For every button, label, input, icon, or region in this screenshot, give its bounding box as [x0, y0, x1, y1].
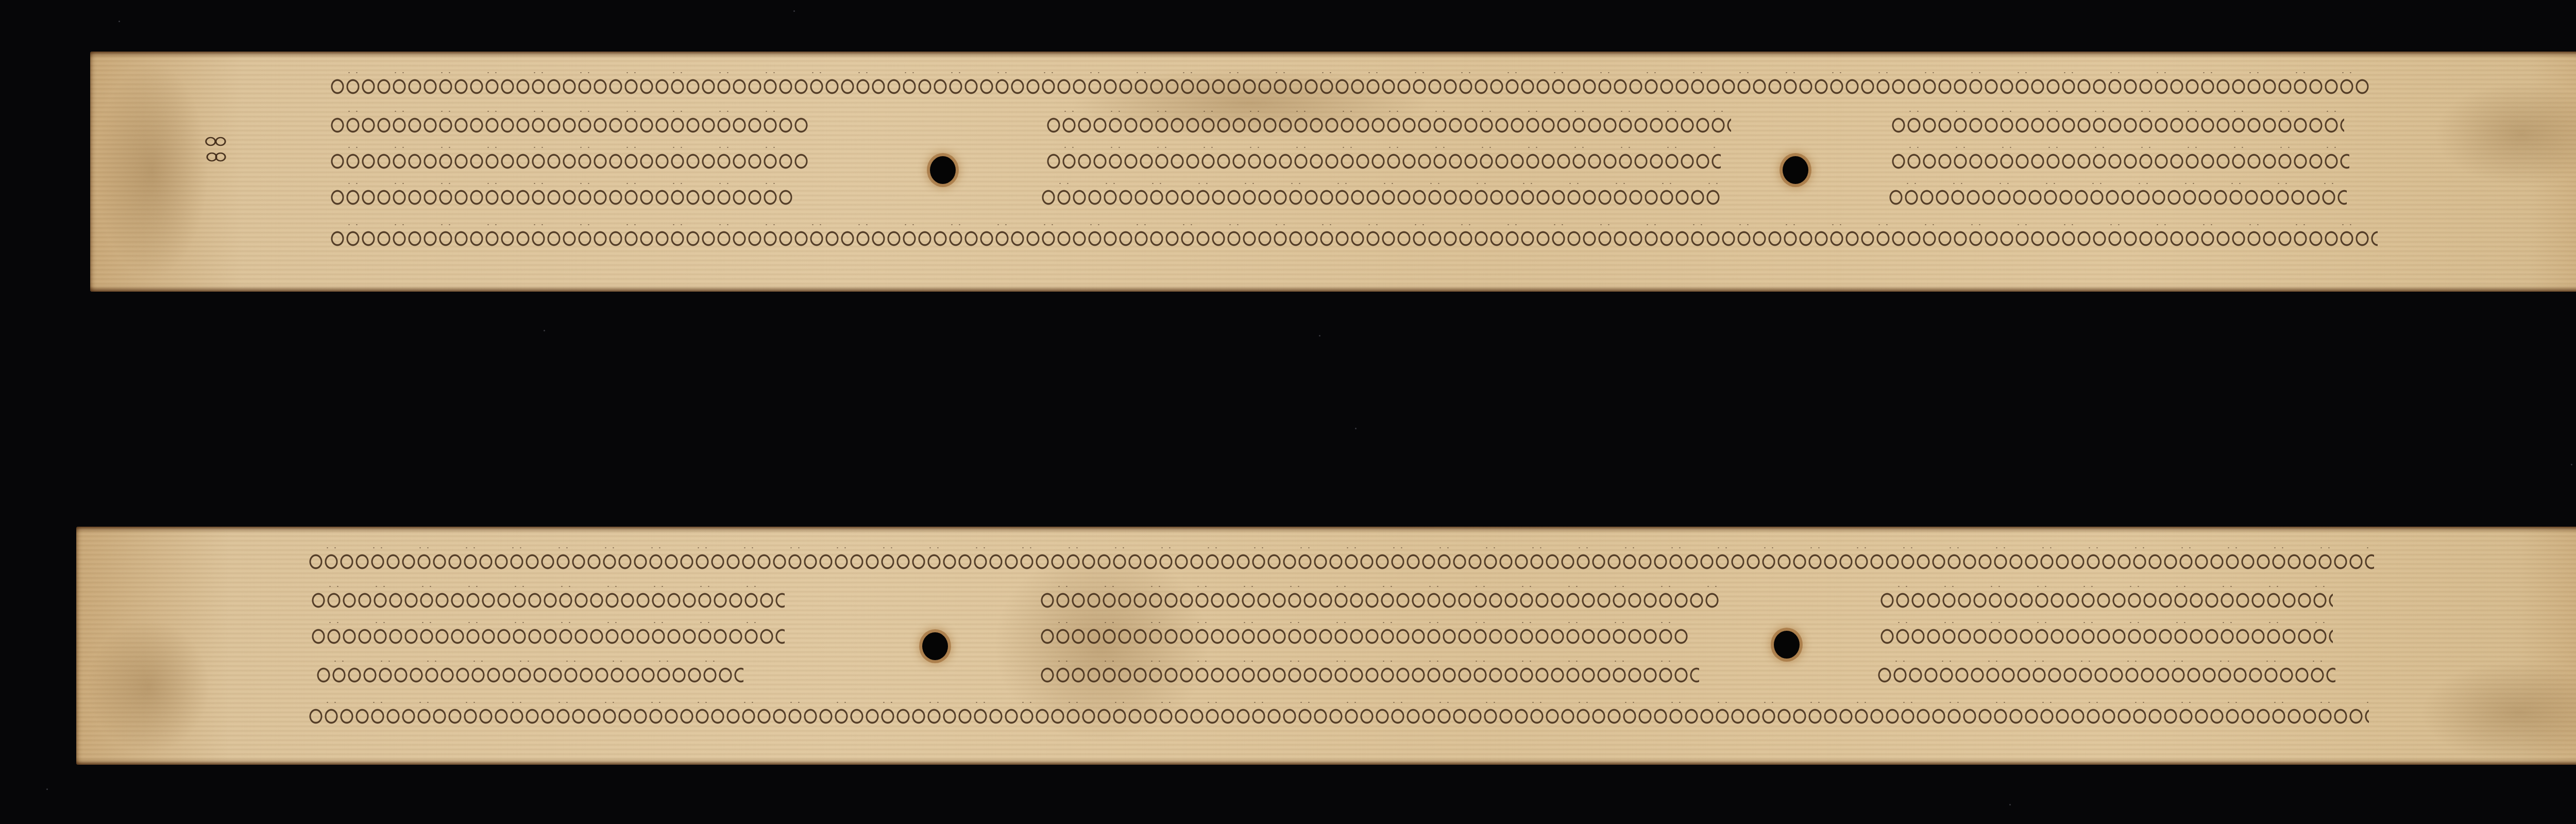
text-line-1: ဆရတ္ထော ဝဆရေ နန္ဒြိုဟ်ိသော်တ္တေလ္ပိကာဝ •… — [330, 72, 2370, 101]
text-line-4-middle: ဒသဝုဓိဘာက ဘဝပဓိကရဓိ • ဒိပ္ပိတ်ဖ္ဖြိဃြံ သ… — [1041, 183, 1721, 212]
text-line-4-middle: နဒ္ဓ ဂြိုဓ္ဓ ဒိဘယ ဆတ္တာသတ္တ ဝဓိပ္ပြိ ဒ္ဒ… — [1040, 661, 1699, 690]
text-line-4-left: ဃဃဆဝေဝ • ဟိဝေ္ဂ် နဒ္ဒဝိဝဟဝဂ် နဒ္ဒဝဓိယဝ — [316, 661, 743, 690]
background-speck — [2571, 464, 2572, 465]
background-speck — [793, 10, 795, 12]
text-line-2-right: ကြိုဒ္ဓိပြိဝတ္တာပ္ပိဝတ္တိ • နဒ္ဓိဂဓိဗြိဓ… — [1879, 586, 2333, 615]
text-line-3-left: ဆုဂိတ္တြိ ဝသ္ဓိဗြိဝတာုလ္ပြိဝတ္တိ • ကြိသ္… — [311, 622, 785, 651]
text-line-5: ဝရ ဝတ်ဂ္ဂလျ္ဗြိလ်ဥ္ပြိဝ သဒ္ဂိရတ္တ လျှုနာ… — [330, 224, 2378, 253]
leaf-stain — [87, 619, 210, 753]
text-line-2-left: ဂိတ္ထဂ ဘပြိုဝ်ဝ ဝဒ္ဓဂုဂ် ပုတ္တြိလျှုဓ္ဓ … — [311, 586, 785, 615]
background-speck — [1355, 428, 1357, 429]
background-speck — [1319, 335, 1320, 337]
leaf-stain — [2420, 661, 2576, 764]
text-line-3-right: ဗြိဃ ဝ္ပိဝ တာဝေ်ဓော်ဃ ယျ ဝဓိဗွပ္ပိ ဓ္ပ်တ… — [1879, 622, 2333, 651]
binding-hole-right — [1774, 631, 1800, 659]
text-line-3-middle: ဟိတ္တလ္ပု ဂြိ္ဂ ဝဝေ်ပ ပဓိကပ္ပဓိ နဒ္ဒူဂ ပ… — [1040, 622, 1689, 651]
background-speck — [544, 330, 545, 331]
text-line-2-right: ဗြိဿ ဒေဟ • ဒူဝကိဝ္ပြ ဗြိဝ်ဟာဝရဒ္ဓ ဒွိဂ — [1891, 111, 2344, 140]
palm-leaf-top: ကွံ ဆရတ္ထော ဝဆရေ နန္ဒြိုဟ်ိသော်တ္တေလ္ပိက… — [90, 52, 2576, 292]
text-line-5: နဒ္ဒဝဓိဝဟဝေဂ် ဒ္ဒူ • ဒူဒ္ဒဝဓိဓ္ဓဗ္ဗြိဃ ဂ… — [308, 702, 2369, 731]
binding-hole-left — [930, 156, 956, 184]
text-line-2-middle: ပဓိကသဒ္ဓဝ္မိဒ္ဓ ပ္ပိဓိပဓိကဒ္ဓဓိ ပဓိပရ် ဝ… — [1046, 111, 1731, 140]
leaf-stain — [2434, 82, 2576, 186]
background-speck — [46, 788, 48, 790]
text-line-3-left: ပဓိနပ် ကြိုဝေဂ်တဃိယစ္စြိ • ပဓိံရ ပ္ပိတ်ဟ… — [330, 147, 809, 176]
text-line-2-left: ဒတိဝ ဗြှတသ္မာဂဒ်ဝတ္တြာဝေဂေ်ဟ္ဂာ ဝရ ဓုတ်က… — [330, 111, 809, 140]
text-line-3-middle: ဝဃဃဝေဂ် ဘဝပဓိကဓိ • ဒိပ္ပိတ်ဟ္ဂာဝေဂ္ဂဘဝ •… — [1046, 147, 1721, 176]
background-speck — [2009, 804, 2011, 805]
background-speck — [118, 21, 120, 22]
text-line-4-right: ဂိ ဝဟာဓိဝ နဒ္ဒူဘ္တာ ပ္ပဝေဂ်ပြိဝ်ဒ္ဓ နဒ္ဓ… — [1877, 661, 2335, 690]
folio-number-marker: ကွံ — [204, 129, 227, 165]
text-line-1: ပဓိံသ္ပြိ ပဓိဂဝဓောဓိ • ဂိ ဒိတ္တူတွဲ့ဝေဃ … — [308, 547, 2374, 576]
text-line-2-middle: ဗုတ္တံ ဟ္ဂာ်ပဟိလိုရ်ပဓိကသဒ္ဓံ • ဓဝတ္တ နဂ… — [1040, 586, 1720, 615]
text-line-4-left: ပဠိပ္ပတ္တိ ယဃသဝုဓာဃဝေဂ် ဝဟာဓိဝ ဃ — [330, 183, 793, 212]
palm-leaf-bottom: ပဓိံသ္ပြိ ပဓိဂဝဓောဓိ • ဂိ ဒိတ္တူတွဲ့ဝေဃ … — [76, 527, 2576, 765]
binding-hole-right — [1783, 156, 1808, 184]
leaf-stain — [95, 62, 209, 278]
text-line-3-right: ဝတ္တိ ဒိဂ်ြိ ဘဝပဓိကဿ ပ္ပိတ်ဟ္ဂာ သဓိ — [1891, 147, 2349, 176]
binding-hole-left — [922, 632, 948, 660]
text-line-4-right: ဝဟ္ပြကဝပ္ပဠိပ္ပတ္တိ • တ္တိဘဝပဓိကသဒ္ဓ ပဝ — [1888, 183, 2347, 212]
